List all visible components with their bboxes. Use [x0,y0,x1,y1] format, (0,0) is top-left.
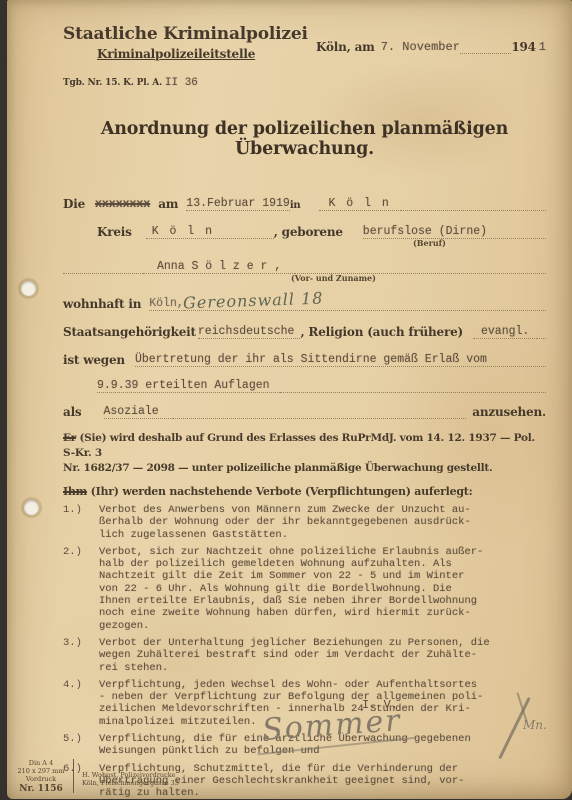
item-number: 2.) [63,546,99,632]
struck-out-word: xxxxxxxx [95,198,150,211]
religion-label: , Religion (auch frühere) [300,325,463,339]
fill-line [295,249,546,274]
item-text: Verbot, sich zur Nachtzeit ohne polizeil… [99,546,483,632]
fill-line [280,368,546,393]
document-title: Anordnung der polizeilichen planmäßigen … [63,119,546,159]
item-number: 4.) [63,679,99,728]
birth-line: Die xxxxxxxx am 13.Februar 1919 in K ö l… [63,187,546,211]
form-number: Nr. 1156 [15,785,67,793]
classification-line: als Asoziale anzusehen. [63,395,546,419]
struck-er: Er [63,432,76,444]
year-typed: 1 [539,40,546,54]
place-label: Köln, am [316,40,375,54]
nationality-value: reichsdeutsche [198,325,301,339]
form-format-block: Din A 4 210 x 297 mm Vordruck Nr. 1156 [15,759,74,793]
residence-label: wohnhaft in [63,297,141,311]
format-line: Vordruck [15,775,67,783]
agency-name: Staatliche Kriminalpolizei [63,24,308,44]
decree-text: (Sie) wird deshalb auf Grund des Erlasse… [63,432,538,474]
kreis-line: Kreis K ö l n , geborene berufslose (Dir… [63,215,546,239]
name-line: Anna S ö l z e r , [63,250,546,274]
item-text: Verbot der Unterhaltung jeglicher Bezieh… [99,637,490,674]
obligations-text: (Ihr) werden nachstehende Verbote (Verpf… [91,485,473,498]
als-label: als [63,405,82,419]
religion-value: evangl. [473,325,537,339]
item-text: Verbot des Anwerbens von Männern zum Zwe… [99,504,471,541]
residence-city-typed: Köln, [149,297,184,311]
handwritten-initials: Mn. [485,692,555,772]
printer-line: Köln, Fleischmengergasse 33 [82,779,179,787]
year-printed: 194 [511,40,535,54]
printer-block: H. Wohust, Polizeivordrucke Köln, Fleisc… [82,759,179,787]
residence-line: wohnhaft in Köln, Gereonswall 18 [63,287,546,311]
struck-ihm: Ihm [63,485,87,498]
prohibitions-list: 1.) Verbot des Anwerbens von Männern zum… [63,504,546,800]
item-number: 3.) [63,637,99,674]
birth-place-value: K ö l n [319,197,401,211]
fill-line [173,394,467,419]
als-suffix: anzusehen. [472,405,546,419]
am-label: am [158,197,178,211]
list-item: 2.) Verbot, sich zur Nachtzeit ohne poli… [63,546,546,632]
birth-prefix: Die [63,197,85,211]
agency-office: Kriminalpolizeileitstelle [97,47,308,61]
initials-text: Mn. [523,718,547,732]
fill-line [63,249,143,274]
list-item: 1.) Verbot des Anwerbens von Männern zum… [63,504,546,541]
reason-line-1: ist wegen Übertretung der ihr als Sitten… [63,343,546,367]
reason-text-1: Übertretung der ihr als Sittendirne gemä… [135,353,546,367]
document-content: Staatliche Kriminalpolizei Kriminalpoliz… [63,24,546,800]
reason-text-2: 9.9.39 erteilten Auflagen [97,379,280,393]
journal-number-line: Tgb. Nr. 15. K. Pl. A. II 36 [63,77,546,89]
journal-number-value: II 36 [165,77,198,89]
kreis-label: Kreis [97,225,132,239]
fill-line [401,186,546,211]
item-number: 1.) [63,504,99,541]
geborene-label: , geborene [274,225,343,239]
nationality-label: Staatsangehörigkeit [63,325,196,339]
in-label: in [290,200,301,211]
occupation-value: berufslose (Dirne) [363,225,546,239]
occupation-sublabel: (Beruf) [413,239,546,248]
fill-line [537,314,546,339]
letterhead: Staatliche Kriminalpolizei Kriminalpoliz… [63,24,546,61]
kreis-value: K ö l n [146,225,274,239]
date-fill-line [460,53,511,54]
item-number: 5.) [63,733,99,758]
date-typed: 7. November [381,40,460,54]
reason-label: ist wegen [63,353,125,367]
birth-date-value: 13.Februar 1919 [186,197,290,211]
classification-value: Asoziale [104,405,173,419]
footer-imprint: Din A 4 210 x 297 mm Vordruck Nr. 1156 H… [15,759,179,793]
list-item: 3.) Verbot der Unterhaltung jeglicher Be… [63,637,546,674]
person-name-value: Anna S ö l z e r , [143,260,295,274]
punch-hole-top [21,281,36,296]
punch-hole-bottom [24,500,39,515]
format-line: Din A 4 [15,759,67,767]
journal-number-label: Tgb. Nr. 15. K. Pl. A. [63,78,162,88]
name-sublabel: (Vor- und Zuname) [291,274,546,283]
agency-block: Staatliche Kriminalpolizei Kriminalpoliz… [63,24,308,61]
format-line: 210 x 297 mm [15,767,67,775]
date-line: Köln, am 7. November 194 1 [316,40,546,54]
nationality-religion-line: Staatsangehörigkeit reichsdeutsche , Rel… [63,315,546,339]
printer-line: H. Wohust, Polizeivordrucke [82,771,179,779]
reason-line-2: 9.9.39 erteilten Auflagen [63,369,546,393]
decree-paragraph: Er (Sie) wird deshalb auf Grund des Erla… [63,431,546,476]
scanned-document-page: Staatliche Kriminalpolizei Kriminalpoliz… [7,0,572,799]
obligations-intro: Ihm (Ihr) werden nachstehende Verbote (V… [63,485,546,498]
